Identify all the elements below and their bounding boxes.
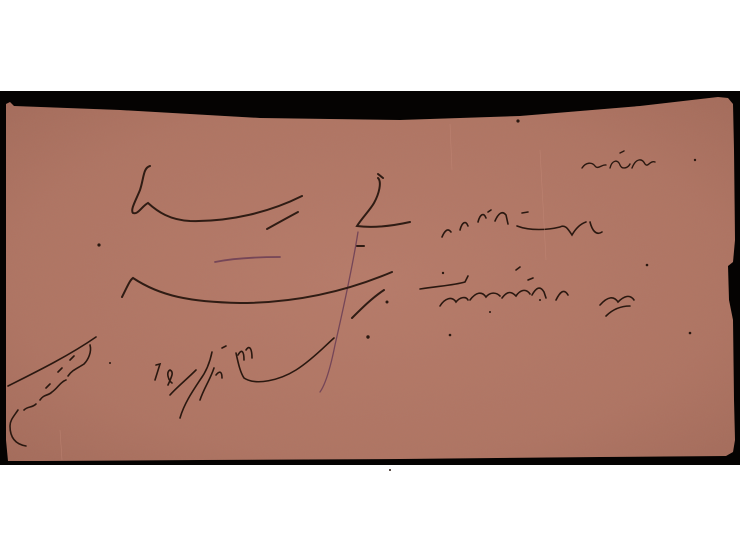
manuscript-paper <box>0 0 740 557</box>
page: نقاش شده ربیعیت توراد در بمکنبت نامیکے م… <box>0 0 740 557</box>
